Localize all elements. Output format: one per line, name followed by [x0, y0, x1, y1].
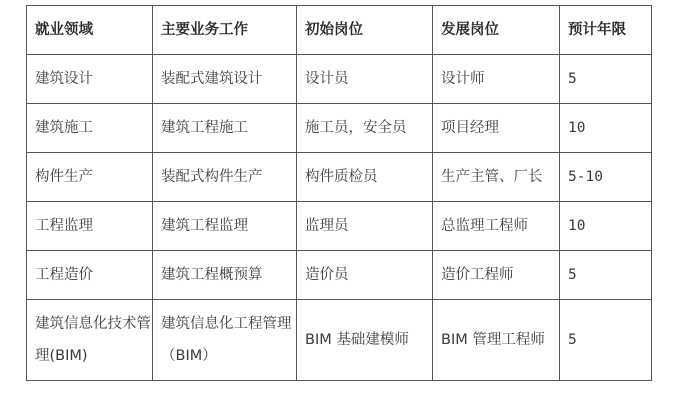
cell-main-work: 装配式构件生产: [153, 153, 297, 202]
cell-field: 建筑设计: [27, 55, 153, 104]
cell-field: 工程监理: [27, 202, 153, 251]
cell-expected-years: 5: [560, 300, 652, 381]
cell-expected-years: 5: [560, 55, 652, 104]
cell-development-position: BIM 管理工程师: [433, 300, 560, 381]
cell-expected-years: 10: [560, 202, 652, 251]
cell-initial-position: 监理员: [297, 202, 433, 251]
cell-main-work: 建筑工程监理: [153, 202, 297, 251]
career-table: 就业领域 主要业务工作 初始岗位 发展岗位 预计年限 建筑设计 装配式建筑设计 …: [26, 5, 652, 381]
cell-main-work: 建筑信息化工程管理（BIM）: [153, 300, 297, 381]
cell-development-position: 生产主管、厂长: [433, 153, 560, 202]
cell-development-position: 总监理工程师: [433, 202, 560, 251]
cell-expected-years: 10: [560, 104, 652, 153]
cell-field: 构件生产: [27, 153, 153, 202]
header-initial-position: 初始岗位: [297, 6, 433, 55]
header-main-work: 主要业务工作: [153, 6, 297, 55]
cell-initial-position: 施工员，安全员: [297, 104, 433, 153]
cell-initial-position: 构件质检员: [297, 153, 433, 202]
table-row: 工程造价 建筑工程概预算 造价员 造价工程师 5: [27, 251, 652, 300]
cell-main-work: 建筑工程概预算: [153, 251, 297, 300]
table-row: 构件生产 装配式构件生产 构件质检员 生产主管、厂长 5-10: [27, 153, 652, 202]
cell-expected-years: 5: [560, 251, 652, 300]
cell-field: 工程造价: [27, 251, 153, 300]
header-field: 就业领域: [27, 6, 153, 55]
cell-initial-position: 造价员: [297, 251, 433, 300]
table-row: 工程监理 建筑工程监理 监理员 总监理工程师 10: [27, 202, 652, 251]
table-row: 建筑设计 装配式建筑设计 设计员 设计师 5: [27, 55, 652, 104]
cell-field: 建筑信息化技术管理(BIM): [27, 300, 153, 381]
header-development-position: 发展岗位: [433, 6, 560, 55]
cell-development-position: 项目经理: [433, 104, 560, 153]
table-row: 建筑信息化技术管理(BIM) 建筑信息化工程管理（BIM） BIM 基础建模师 …: [27, 300, 652, 381]
table-row: 建筑施工 建筑工程施工 施工员，安全员 项目经理 10: [27, 104, 652, 153]
cell-field: 建筑施工: [27, 104, 153, 153]
cell-expected-years: 5-10: [560, 153, 652, 202]
header-row: 就业领域 主要业务工作 初始岗位 发展岗位 预计年限: [27, 6, 652, 55]
cell-development-position: 设计师: [433, 55, 560, 104]
cell-initial-position: 设计员: [297, 55, 433, 104]
cell-development-position: 造价工程师: [433, 251, 560, 300]
header-expected-years: 预计年限: [560, 6, 652, 55]
cell-main-work: 装配式建筑设计: [153, 55, 297, 104]
cell-initial-position: BIM 基础建模师: [297, 300, 433, 381]
cell-main-work: 建筑工程施工: [153, 104, 297, 153]
